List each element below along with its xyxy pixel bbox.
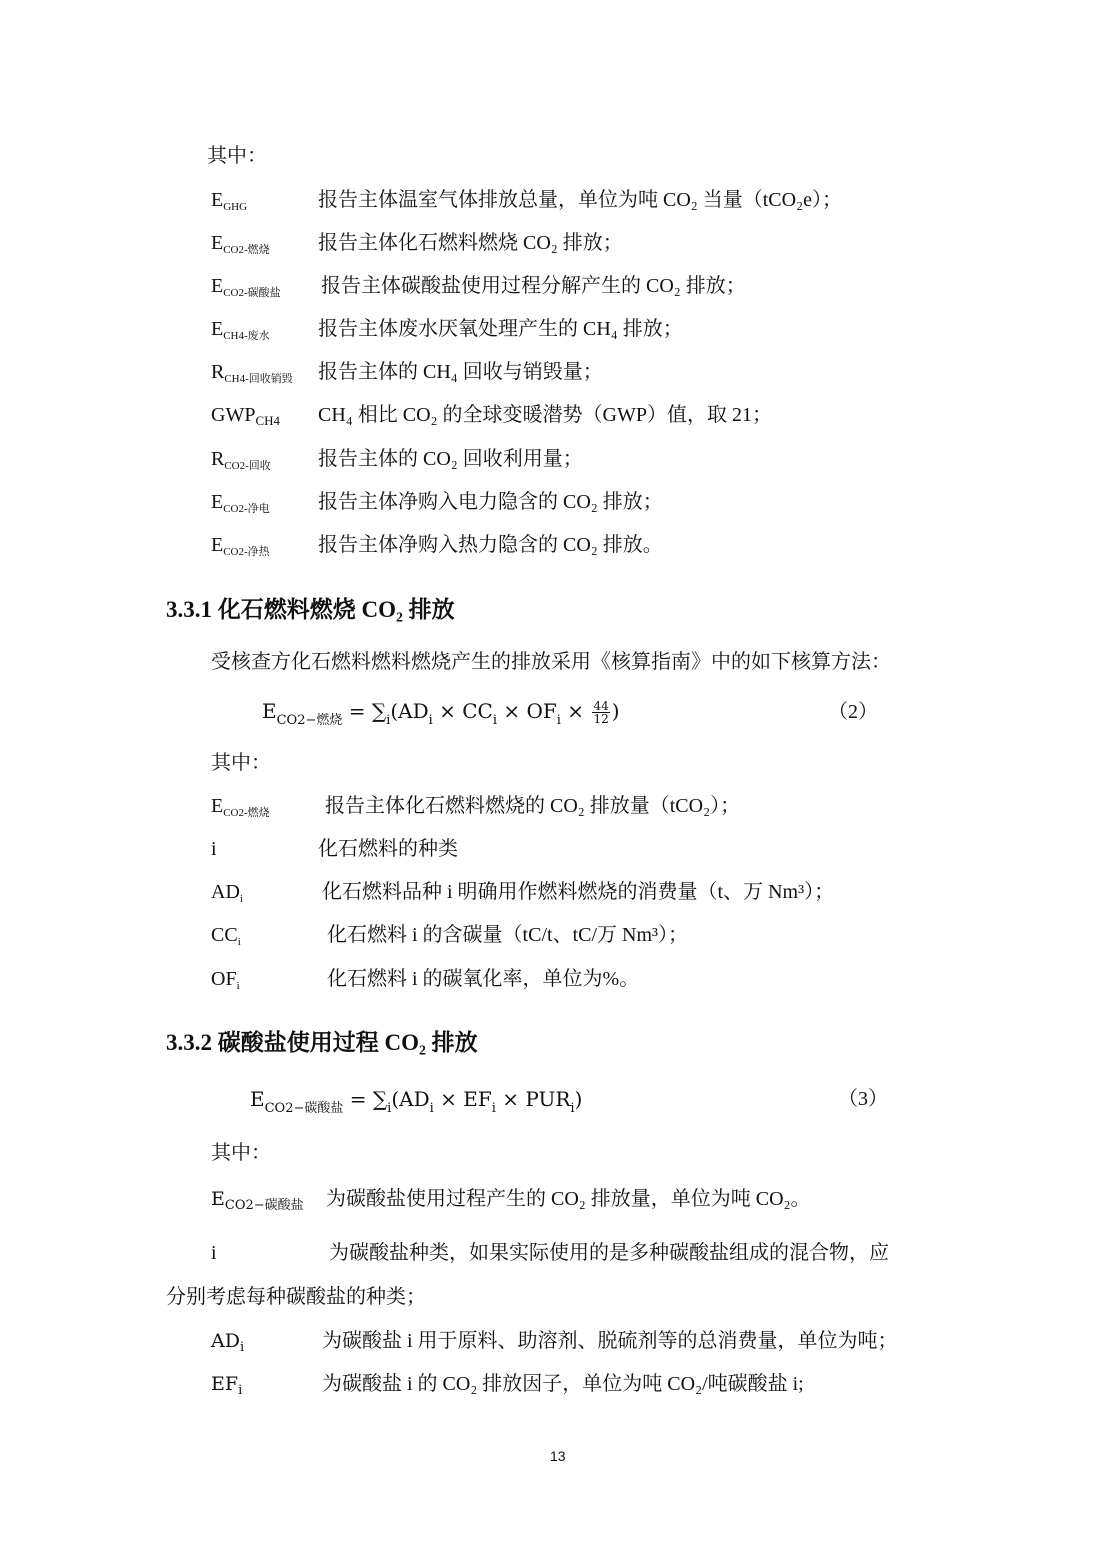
symbol: OFi [211,966,240,999]
symbol: GWPCH4 [211,402,280,434]
where-label-1: 其中： [207,143,267,169]
definition-text: 化石燃料 i 的碳氧化率，单位为%。 [327,966,639,992]
definition-text: 报告主体净购入电力隐含的 CO₂ 排放； [318,489,663,515]
fraction: 4412 [592,700,609,725]
symbol: ECO2-净电 [211,489,270,522]
symbol: i [211,1240,217,1266]
symbol: CCi [211,922,241,955]
definition-text: 报告主体的 CO₂ 回收利用量； [318,446,583,472]
symbol: ECO2-燃烧 [211,230,270,263]
where-label-3: 其中： [211,1140,271,1166]
definition-text: 化石燃料的种类 [318,836,458,862]
definition-text: 为碳酸盐 i 的 CO₂ 排放因子，单位为吨 CO₂/吨碳酸盐 i; [322,1371,804,1397]
symbol: EGHG [211,187,247,220]
definition-text: 化石燃料 i 的含碳量（tC/t、tC/万 Nm³）； [327,922,688,948]
symbol: ADi [211,879,243,912]
section-heading-332: 3.3.2 碳酸盐使用过程 CO₂ 排放 [166,1028,478,1058]
definition-text: 为碳酸盐种类，如果实际使用的是多种碳酸盐组成的混合物，应 [329,1240,889,1266]
page-number: 13 [550,1448,566,1464]
symbol: i [211,836,217,862]
definition-text: 为碳酸盐 i 用于原料、助溶剂、脱硫剂等的总消费量，单位为吨； [322,1328,898,1354]
symbol: ECO2-燃烧 [211,793,270,826]
formula-3: ECO2−碳酸盐 = ∑i(ADi × EFi × PURi) [250,1084,582,1124]
equation-number-2: （2） [828,699,878,725]
definition-text-continued: 分别考虑每种碳酸盐的种类； [166,1284,426,1310]
definition-text: CH₄ 相比 CO₂ 的全球变暖潜势（GWP）值，取 21； [318,402,772,428]
definition-text: 化石燃料品种 i 明确用作燃料燃烧的消费量（t、万 Nm³）； [322,879,834,905]
section-heading-331: 3.3.1 化石燃料燃烧 CO₂ 排放 [166,595,455,625]
definition-text: 报告主体净购入热力隐含的 CO₂ 排放。 [318,532,663,558]
definition-text: 报告主体化石燃料燃烧 CO₂ 排放； [318,230,623,256]
definition-text: 报告主体的 CH₄ 回收与销毁量； [318,359,603,385]
formula-2: ECO2−燃烧 = ∑i(ADi × CCi × OFi × 4412) [262,696,620,736]
definition-text: 报告主体化石燃料燃烧的 CO₂ 排放量（tCO₂）； [325,793,740,819]
symbol: ADi [211,1328,244,1361]
symbol: RCO2-回收 [211,446,271,479]
symbol: ECO2-碳酸盐 [211,273,281,306]
symbol: RCH4-回收销毁 [211,359,293,392]
symbol: ECH4-废水 [211,316,270,349]
definition-text: 为碳酸盐使用过程产生的 CO₂ 排放量，单位为吨 CO₂。 [326,1186,811,1212]
where-label-2: 其中： [211,750,271,776]
definition-text: 报告主体温室气体排放总量，单位为吨 CO₂ 当量（tCO₂e）； [318,187,842,213]
symbol: ECO2−碳酸盐 [211,1186,304,1219]
symbol: EFi [211,1371,242,1404]
definition-text: 报告主体废水厌氧处理产生的 CH₄ 排放； [318,316,683,342]
definition-text: 报告主体碳酸盐使用过程分解产生的 CO₂ 排放； [321,273,746,299]
symbol: ECO2-净热 [211,532,270,565]
section-intro: 受核查方化石燃料燃料燃烧产生的排放采用《核算指南》中的如下核算方法： [211,649,891,675]
equation-number-3: （3） [838,1086,888,1112]
